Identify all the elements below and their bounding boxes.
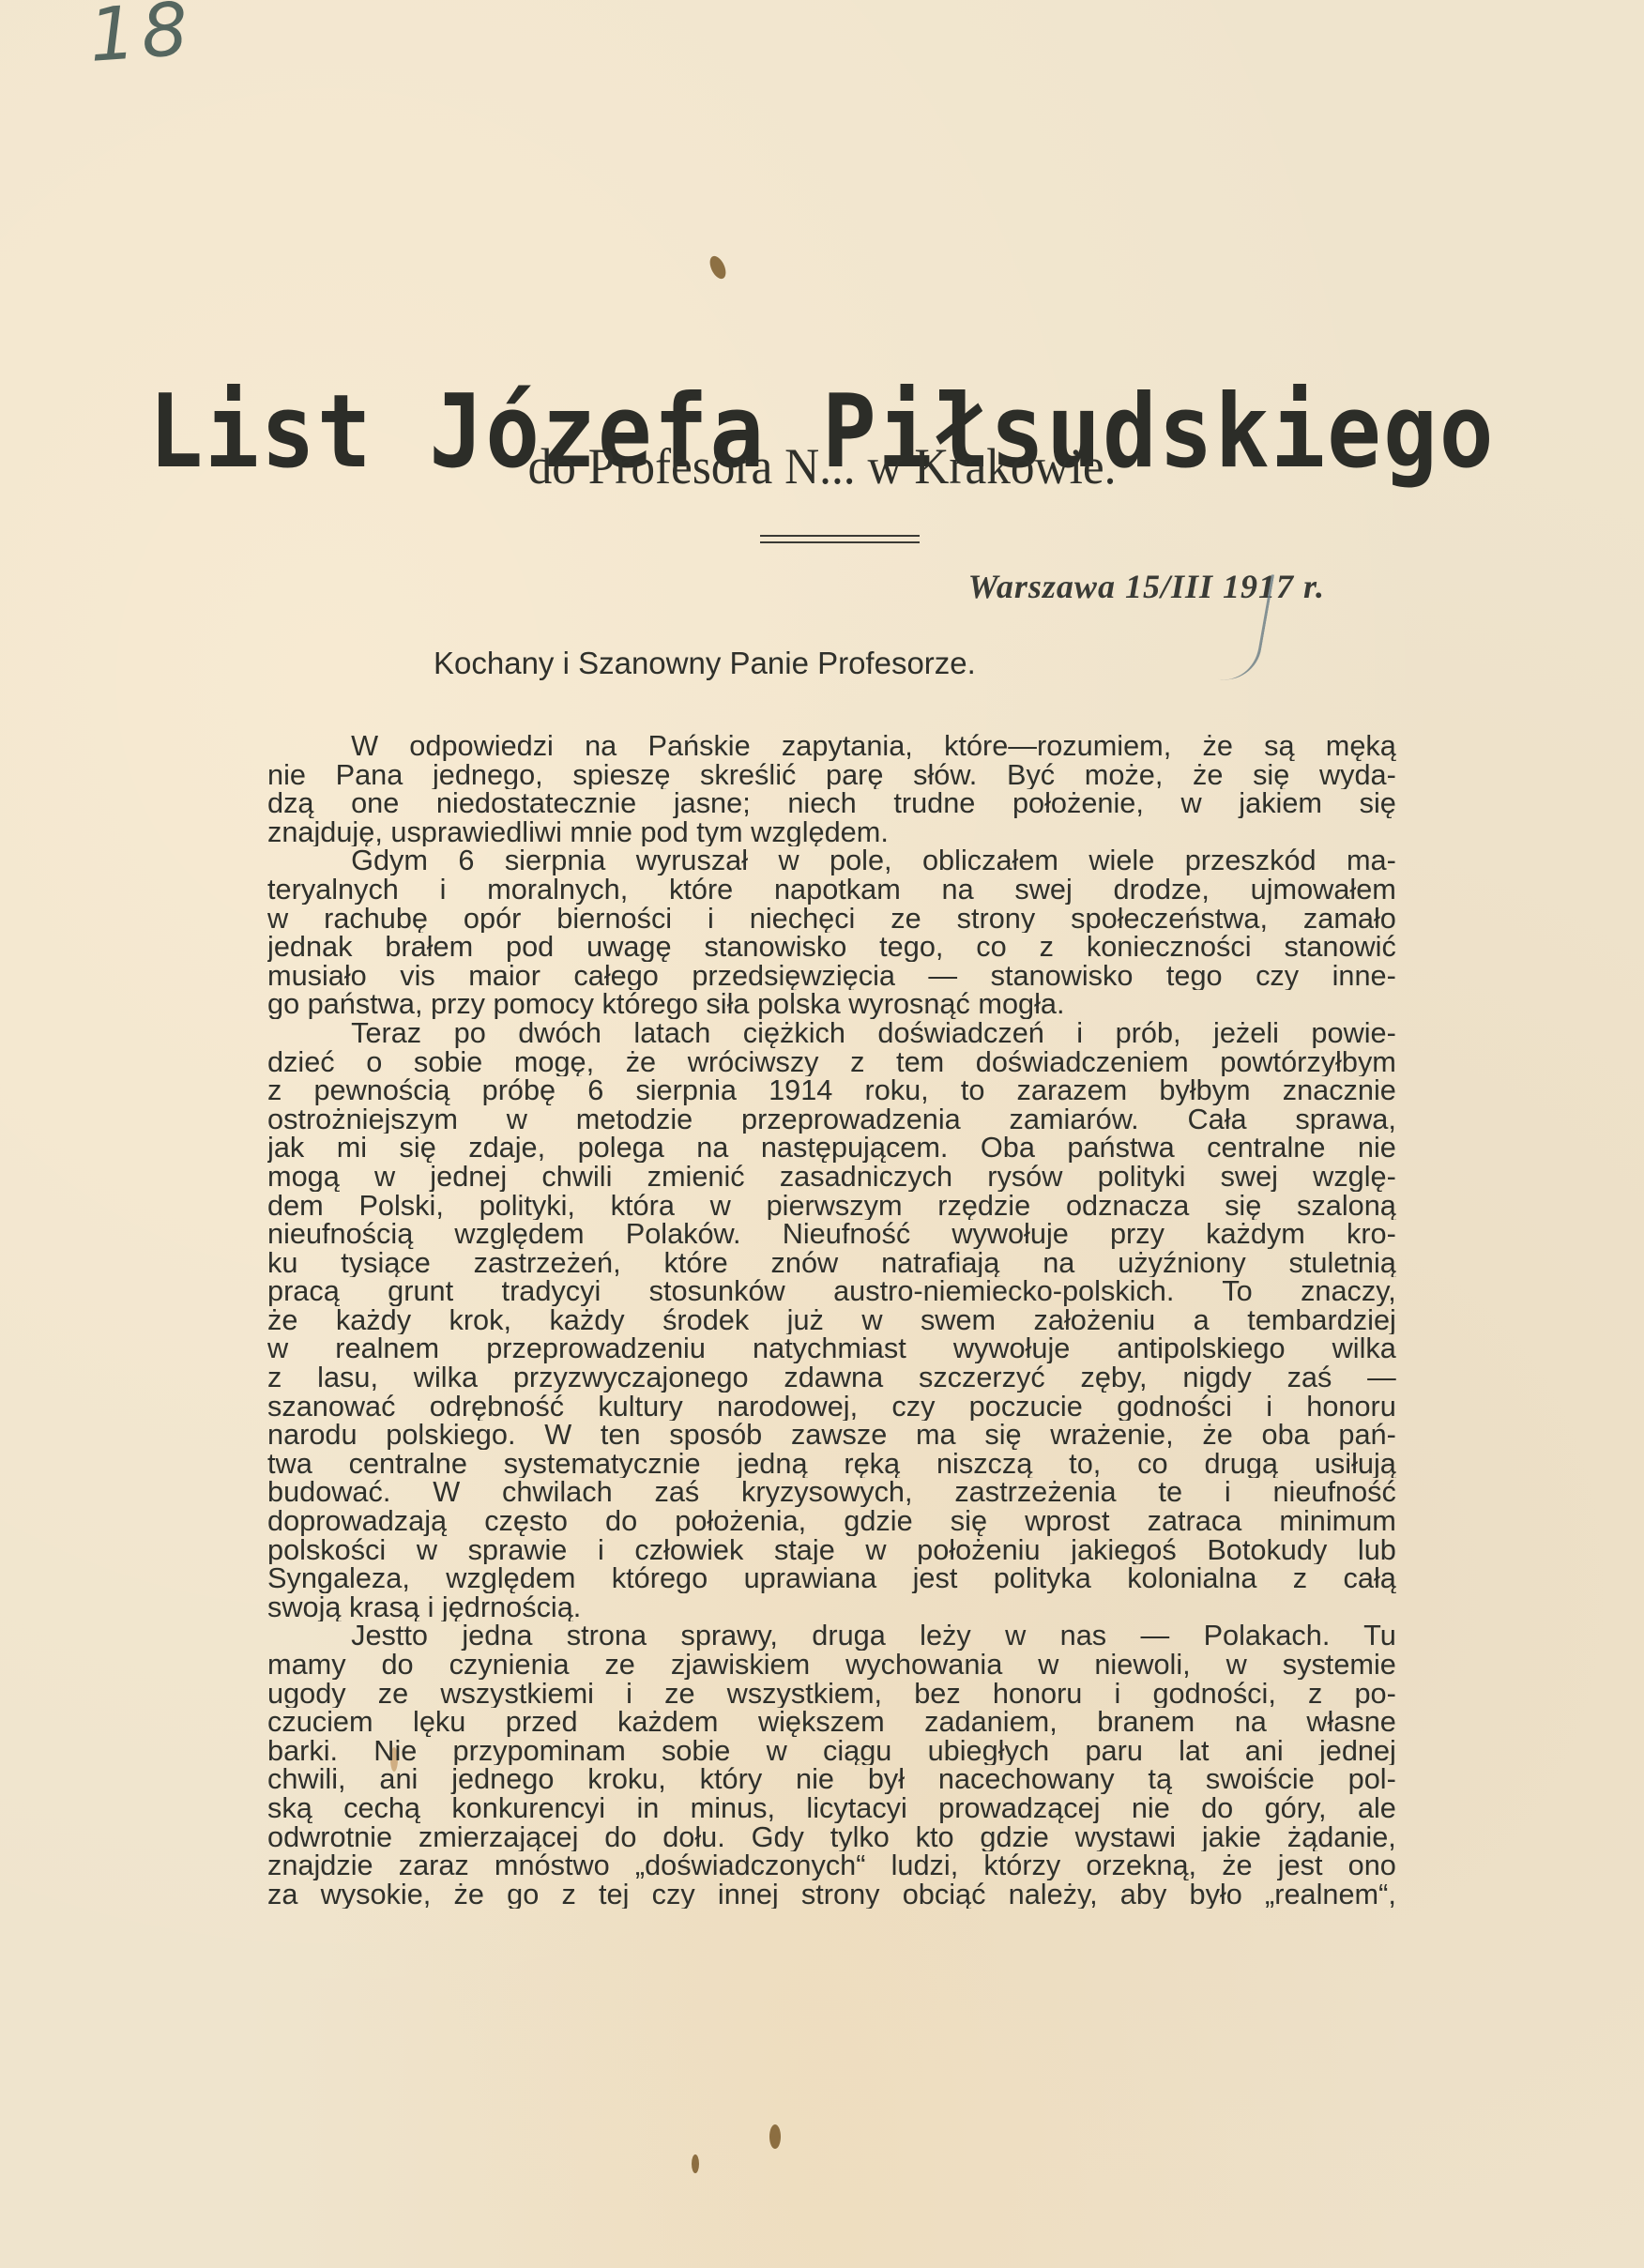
text-line: ku tysiące zastrzeżeń, które znów natraf… [267,1249,1396,1278]
handwritten-page-number: 18 [86,0,196,79]
divider [760,541,920,543]
text-line: mamy do czynienia ze zjawiskiem wychowan… [267,1651,1396,1680]
text-line: znajdzie zaraz mnóstwo „doświadczonych“ … [267,1851,1396,1880]
text-line: dem Polski, polityki, która w pierwszym … [267,1192,1396,1221]
text-line: za wysokie, że go z tej czy innej strony… [267,1880,1396,1910]
text-line: mogą w jednej chwili zmienić zasadniczyc… [267,1163,1396,1192]
text-line: W odpowiedzi na Pańskie zapytania, które… [267,732,1396,761]
text-line: musiało vis maior całego przedsięwzięcia… [267,962,1396,991]
text-line: pracą grunt tradycyi stosunków austro-ni… [267,1277,1396,1306]
text-line: nieufnością względem Polaków. Nieufność … [267,1220,1396,1249]
stain-spot [769,2124,781,2149]
text-line: barki. Nie przypominam sobie w ciągu ubi… [267,1737,1396,1766]
divider [760,535,920,537]
text-line: że każdy krok, każdy środek już w swem z… [267,1306,1396,1335]
document-subtitle: do Profesora N... w Krakowie. [41,437,1603,495]
text-line: ską cechą konkurencyi in minus, licytacy… [267,1794,1396,1823]
text-line: dzieć o sobie mogę, że wróciwszy z tem d… [267,1048,1396,1077]
salutation: Kochany i Szanowny Panie Profesorze. [434,646,976,681]
text-line: nie Pana jednego, spieszę skreślić parę … [267,761,1396,790]
text-line: twa centralne systematycznie jedną ręką … [267,1450,1396,1479]
text-line: dzą one niedostatecznie jasne; niech tru… [267,789,1396,818]
stain-spot [692,2154,699,2173]
text-line: polskości w sprawie i człowiek staje w p… [267,1536,1396,1565]
text-line: teryalnych i moralnych, które napotkam n… [267,875,1396,905]
text-line: jak mi się zdaje, polega na następującem… [267,1134,1396,1163]
text-line: jednak brałem pod uwagę stanowisko tego,… [267,933,1396,962]
text-line: z lasu, wilka przyzwyczajonego zdawna sz… [267,1363,1396,1393]
text-line: Gdym 6 sierpnia wyruszał w pole, oblicza… [267,846,1396,875]
text-line: z pewnością próbę 6 sierpnia 1914 roku, … [267,1076,1396,1105]
text-line: chwili, ani jednego kroku, który nie był… [267,1765,1396,1794]
text-line: czuciem lęku przed każdem większem zadan… [267,1708,1396,1737]
letter-body: W odpowiedzi na Pańskie zapytania, które… [267,732,1396,1909]
text-line: budować. W chwilach zaś kryzysowych, zas… [267,1478,1396,1507]
text-line: odwrotnie zmierzającej do dołu. Gdy tylk… [267,1823,1396,1852]
text-line: swoją krasą i jędrnością. [267,1593,1396,1622]
ink-spot [707,253,729,281]
text-line: go państwa, przy pomocy którego siła pol… [267,990,1396,1019]
text-line: w realnem przeprowadzeniu natychmiast wy… [267,1334,1396,1363]
text-line: znajduję, usprawiedliwi mnie pod tym wzg… [267,818,1396,847]
text-line: szanować odrębność kultury narodowej, cz… [267,1393,1396,1422]
text-line: ugody ze wszystkiemi i ze wszystkiem, be… [267,1680,1396,1709]
text-line: Teraz po dwóch latach ciężkich doświadcz… [267,1019,1396,1048]
text-line: Jestto jedna strona sprawy, druga leży w… [267,1621,1396,1651]
text-line: ostrożniejszym w metodzie przeprowadzeni… [267,1105,1396,1134]
text-line: doprowadzają często do położenia, gdzie … [267,1507,1396,1536]
text-line: w rachubę opór bierności i niechęci ze s… [267,905,1396,934]
text-line: Syngaleza, względem którego uprawiana je… [267,1564,1396,1593]
text-line: narodu polskiego. W ten sposób zawsze ma… [267,1421,1396,1450]
